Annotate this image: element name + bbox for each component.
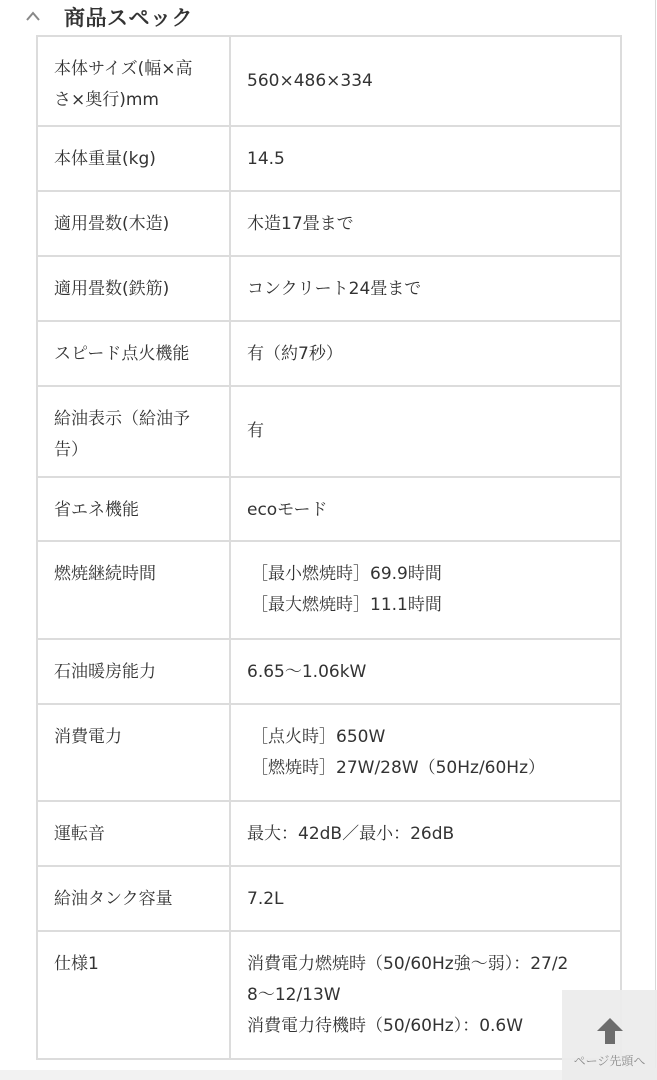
spec-value-line: 560×486×334	[247, 66, 610, 97]
content-right-border	[655, 0, 656, 1068]
spec-label: 適用畳数(木造)	[37, 191, 230, 256]
spec-label: 仕様1	[37, 931, 230, 1059]
spec-label-line: 給油表示（給油予	[54, 404, 229, 435]
spec-label-line: スピード点火機能	[54, 339, 229, 370]
spec-label: 省エネ機能	[37, 477, 230, 541]
spec-value-line: 有（約7秒）	[247, 339, 610, 370]
spec-table: 本体サイズ(幅×高さ×奥行)mm560×486×334本体重量(kg)14.5適…	[36, 35, 622, 1060]
spec-label: 本体サイズ(幅×高さ×奥行)mm	[37, 36, 230, 126]
spec-label-line: さ×奥行)mm	[54, 85, 229, 116]
product-spec-page: 商品スペック 本体サイズ(幅×高さ×奥行)mm560×486×334本体重量(k…	[0, 0, 657, 1080]
spec-label: 本体重量(kg)	[37, 126, 230, 191]
page-top-button[interactable]: ページ先頭へ	[562, 990, 657, 1080]
spec-value-line: ［点火時］650W	[251, 722, 610, 753]
spec-value: 有	[230, 386, 621, 477]
spec-label-line: 仕様1	[54, 949, 229, 980]
spec-label-line: 告）	[54, 435, 229, 466]
spec-value-line: 14.5	[247, 144, 610, 175]
spec-row: 本体サイズ(幅×高さ×奥行)mm560×486×334	[37, 36, 621, 126]
spec-value-line: 8〜12/13W	[247, 980, 610, 1011]
spec-value-line: 有	[247, 416, 610, 447]
spec-label: 適用畳数(鉄筋)	[37, 256, 230, 321]
spec-value-line: 6.65〜1.06kW	[247, 657, 610, 688]
spec-value: ecoモード	[230, 477, 621, 541]
spec-value-line: 消費電力燃焼時（50/60Hz強〜弱）：27/2	[247, 949, 610, 980]
spec-value: 560×486×334	[230, 36, 621, 126]
spec-label: 運転音	[37, 801, 230, 866]
spec-label: スピード点火機能	[37, 321, 230, 386]
spec-label-line: 本体サイズ(幅×高	[54, 54, 229, 85]
spec-row: 適用畳数(鉄筋)コンクリート24畳まで	[37, 256, 621, 321]
page-top-label: ページ先頭へ	[574, 1052, 646, 1069]
spec-label-line: 運転音	[54, 819, 229, 850]
spec-value: 7.2L	[230, 866, 621, 931]
spec-label-line: 適用畳数(木造)	[54, 209, 229, 240]
spec-row: 給油表示（給油予告）有	[37, 386, 621, 477]
spec-label-line: 消費電力	[54, 722, 229, 753]
spec-row: 本体重量(kg)14.5	[37, 126, 621, 191]
spec-row: 燃焼継続時間［最小燃焼時］69.9時間［最大燃焼時］11.1時間	[37, 541, 621, 639]
spec-row: 石油暖房能力6.65〜1.06kW	[37, 639, 621, 704]
spec-label: 給油表示（給油予告）	[37, 386, 230, 477]
spec-row: 省エネ機能ecoモード	[37, 477, 621, 541]
spec-value-line: 木造17畳まで	[247, 209, 610, 240]
spec-label: 消費電力	[37, 704, 230, 801]
spec-row: 消費電力［点火時］650W［燃焼時］27W/28W（50Hz/60Hz）	[37, 704, 621, 801]
arrow-up-icon	[595, 1016, 625, 1046]
spec-value: コンクリート24畳まで	[230, 256, 621, 321]
spec-label: 石油暖房能力	[37, 639, 230, 704]
spec-value: ［点火時］650W［燃焼時］27W/28W（50Hz/60Hz）	[230, 704, 621, 801]
spec-row: 仕様1消費電力燃焼時（50/60Hz強〜弱）：27/28〜12/13W消費電力待…	[37, 931, 621, 1059]
spec-value: 6.65〜1.06kW	[230, 639, 621, 704]
spec-value-line: ［最大燃焼時］11.1時間	[251, 590, 610, 621]
spec-value: 木造17畳まで	[230, 191, 621, 256]
spec-value: 14.5	[230, 126, 621, 191]
spec-row: 給油タンク容量7.2L	[37, 866, 621, 931]
spec-label-line: 適用畳数(鉄筋)	[54, 274, 229, 305]
spec-label-line: 省エネ機能	[54, 495, 229, 526]
spec-value-line: ecoモード	[247, 495, 610, 526]
spec-label-line: 給油タンク容量	[54, 884, 229, 915]
spec-label-line: 石油暖房能力	[54, 657, 229, 688]
spec-value-line: コンクリート24畳まで	[247, 274, 610, 305]
spec-value-line: ［最小燃焼時］69.9時間	[251, 559, 610, 590]
spec-label-line: 燃焼継続時間	[54, 559, 229, 590]
spec-label: 給油タンク容量	[37, 866, 230, 931]
spec-label-line: 本体重量(kg)	[54, 144, 229, 175]
spec-value: 有（約7秒）	[230, 321, 621, 386]
spec-value-line: ［燃焼時］27W/28W（50Hz/60Hz）	[251, 753, 610, 784]
spec-row: 適用畳数(木造)木造17畳まで	[37, 191, 621, 256]
spec-label: 燃焼継続時間	[37, 541, 230, 639]
spec-row: スピード点火機能有（約7秒）	[37, 321, 621, 386]
spec-value: 最大：42dB／最小：26dB	[230, 801, 621, 866]
spec-section-header[interactable]: 商品スペック	[0, 0, 640, 35]
spec-value: ［最小燃焼時］69.9時間［最大燃焼時］11.1時間	[230, 541, 621, 639]
spec-value-line: 最大：42dB／最小：26dB	[247, 819, 610, 850]
chevron-up-icon[interactable]	[26, 9, 40, 23]
spec-value-line: 消費電力待機時（50/60Hz）：0.6W	[247, 1011, 610, 1042]
section-title: 商品スペック	[64, 2, 193, 32]
spec-value-line: 7.2L	[247, 884, 610, 915]
bottom-bar	[0, 1070, 657, 1080]
spec-row: 運転音最大：42dB／最小：26dB	[37, 801, 621, 866]
